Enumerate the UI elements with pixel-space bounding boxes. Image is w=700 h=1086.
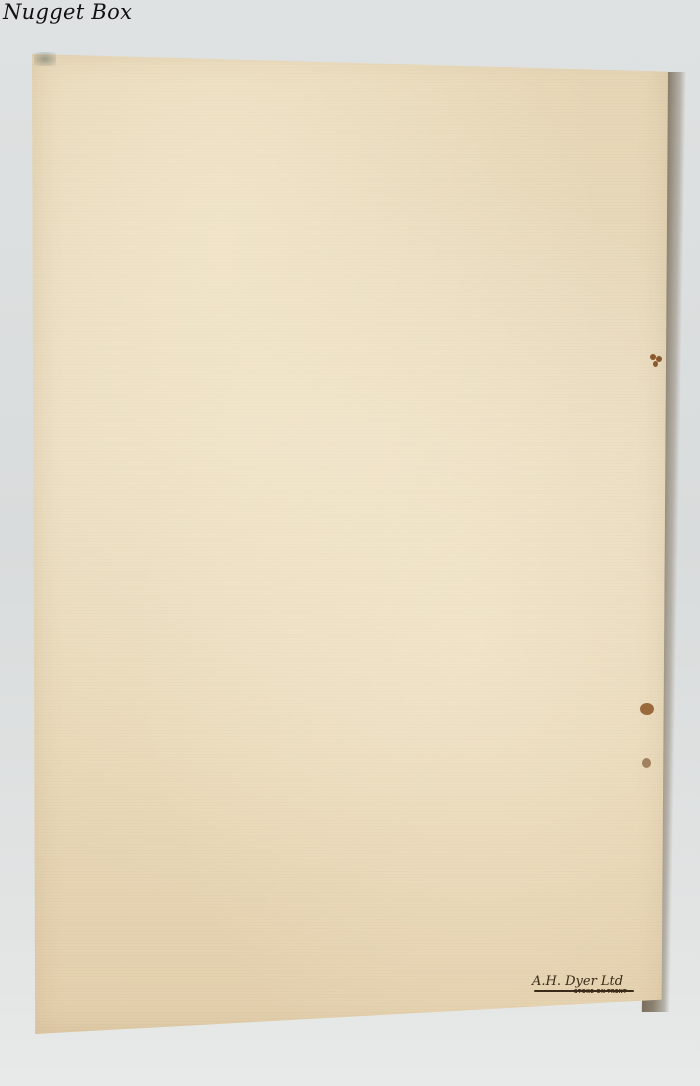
watermark: Nugget Box (3, 0, 132, 24)
corner-smudge (34, 52, 56, 66)
printer-mark: A.H. Dyer Ltd STOKE-ON-TRENT (532, 974, 640, 1000)
printer-name: A.H. Dyer Ltd (532, 974, 623, 989)
stain-round-upper (640, 703, 654, 715)
booklet-back-cover (32, 52, 668, 1034)
stain-round-lower (642, 758, 651, 768)
printer-location: STOKE-ON-TRENT (574, 989, 627, 995)
stain-clover (653, 361, 658, 367)
